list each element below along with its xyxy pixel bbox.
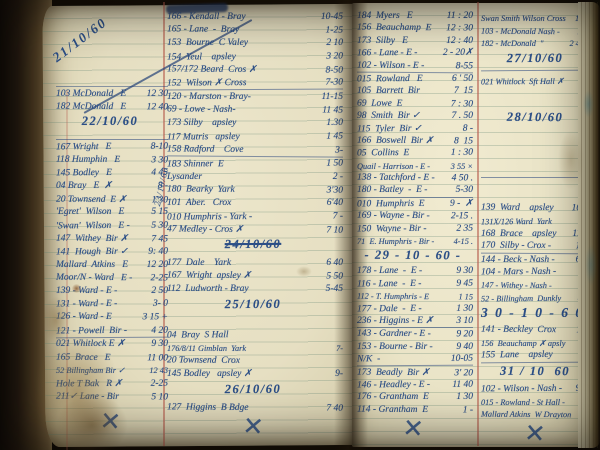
ledger-row: Swan Smith Wilson Cross 11 40 xyxy=(481,12,593,25)
ledger-row: Moor/N - Ward E - 2-25 xyxy=(56,271,168,285)
row-amount: 1 : 30 xyxy=(447,148,473,160)
row-name: 150 Wayne - Bir - xyxy=(357,223,427,235)
row-name: - 29 - 10 - 60 - xyxy=(365,248,462,263)
row-name: 015 Rowland E xyxy=(357,74,423,86)
row-name: 165 - Lane - Bray xyxy=(167,24,239,36)
row-amount: 3- 0 xyxy=(149,299,168,311)
row-amount: 7 15 xyxy=(450,86,473,98)
ledger-row: 3 0 - 1 0 - 6 0 ✗ xyxy=(481,304,593,324)
ledger-row: 178 - Lane - E - 9 30 xyxy=(357,265,473,277)
row-amount: 9: 40 xyxy=(144,246,168,258)
ledger-row: 021 Whitlock E ✗ 9 30 xyxy=(56,338,168,351)
ledger-row: 115 Tyler Bir ✓ 8 - xyxy=(357,122,473,135)
row-name: 115 Tyler Bir ✓ xyxy=(357,123,422,135)
row-amount: 10-05 xyxy=(447,354,473,366)
row-name: 168 Brace apsley xyxy=(481,229,556,241)
ledger-row: 176 - Grantham E 1 30 xyxy=(357,391,473,403)
row-name: 52 Billingham Bir ✓ xyxy=(56,365,125,377)
row-amount: 2 35 xyxy=(452,223,473,235)
row-name: 04 Bray S Hall xyxy=(167,330,229,342)
row-name: 112 Ludworth - Bray xyxy=(167,284,249,296)
ledger-row: 173 Silby E 12 : 40 xyxy=(357,35,473,47)
row-name: 180 - Batley - E - xyxy=(357,185,427,197)
row-amount: 7 40 xyxy=(322,403,343,415)
row-amount: 1 - xyxy=(459,405,473,417)
row-amount: 5 15 xyxy=(147,207,168,219)
row-name: 131X/126 Ward Yark xyxy=(481,216,552,228)
ledger-row: 145 Bodley E 4 45 xyxy=(56,166,168,180)
row-amount: 11 00 xyxy=(143,353,168,365)
row-amount: 5 50 xyxy=(322,272,343,284)
ledger-column-right-2: Swan Smith Wilson Cross 11 40 103 - McDo… xyxy=(481,12,593,445)
row-amount xyxy=(563,51,567,65)
ledger-row: 183 Shinner E 1 50 xyxy=(167,157,343,171)
ledger-row: 155 Lane apsley 8 . xyxy=(481,349,593,363)
row-amount: 6'40 xyxy=(323,198,343,210)
row-amount: 1-25 xyxy=(322,25,344,37)
row-name: 102 - Wilson - E - xyxy=(357,60,424,72)
row-amount: 7 : 30 xyxy=(447,99,473,111)
row-amount: 11-15 xyxy=(318,92,343,104)
ledger-row xyxy=(481,178,593,203)
row-amount: 8-55 xyxy=(452,61,474,73)
row-name: 156 Beauchamp ✗ apsly xyxy=(481,338,565,350)
row-name: 211✓ Lane - Bir xyxy=(56,391,119,403)
row-name: 170 Silby - Crox - xyxy=(481,241,551,253)
row-amount: 7 45 xyxy=(147,234,168,246)
row-amount: 5-45 xyxy=(322,284,343,296)
ledger-row: 157/172 Beard Cros ✗ 8-50 xyxy=(167,62,343,76)
row-amount: 11 40 xyxy=(448,379,473,391)
ledger-book-photo: 21/10/60 23/10/60 103 McDonald E 12 30 1… xyxy=(0,0,600,450)
ledger-row: 211✓ Lane - Bir 5 10 xyxy=(56,390,168,404)
row-name: 104 - Mars - Nash - xyxy=(481,267,556,279)
row-amount xyxy=(544,421,550,448)
ledger-row: 121 - Powell Bir - 4 20 xyxy=(56,323,168,338)
row-name: 141 Hough Bir ✓ xyxy=(56,246,128,258)
ledger-row xyxy=(481,87,593,109)
row-amount: 8 - xyxy=(154,181,168,193)
ledger-row: 166 Boswell Bir ✗ 8 15 xyxy=(357,135,473,148)
ledger-row: Lysander 2 - xyxy=(167,170,343,183)
row-name: 157/172 Beard Cros ✗ xyxy=(167,64,257,76)
ledger-row: 112 Ludworth - Bray 5-45 xyxy=(167,283,343,296)
row-amount: 9 30 xyxy=(147,339,168,351)
row-amount xyxy=(262,414,268,441)
ledger-row: 165 - Lane - Bray 1-25 xyxy=(167,23,343,37)
row-amount: 5-30 xyxy=(452,185,473,197)
row-name: 167 Wright apsley ✗ xyxy=(167,270,251,282)
row-name: 021 Whitlock Sft Hall ✗ xyxy=(481,76,564,88)
row-name: 118 Humphin E xyxy=(56,154,120,166)
ledger-row: 021 Whitlock Sft Hall ✗ 1-30 xyxy=(481,74,593,87)
ledger-row: 28/10/60 xyxy=(481,109,593,132)
ledger-row: 147 - Withey - Nash - 7-10 xyxy=(481,279,593,292)
ledger-row: 166 - Lane - E - 2 - 20✗ xyxy=(357,47,473,60)
ledger-row: 131 - Ward - E - 3- 0 xyxy=(56,297,168,311)
ledger-row: 173 Beadly Bir ✗ 3' 20 xyxy=(357,366,473,379)
row-amount: 9 30 xyxy=(452,266,473,278)
row-amount: 12 : 40 xyxy=(442,36,473,48)
ledger-row: 20 Townsend Crox xyxy=(167,354,343,368)
ledger-row: 147 Withey Bir ✗ 7 45 xyxy=(56,231,168,245)
ledger-row: 22/10/60 xyxy=(56,113,168,140)
ledger-row xyxy=(481,131,593,178)
ledger-row: 141 Hough Bir ✓ 9: 40 xyxy=(56,245,168,259)
ledger-row: 31 / 10 60 xyxy=(481,363,593,384)
ledger-row: 131X/126 Ward Yark 11 - xyxy=(481,215,593,228)
ledger-row: 015 - Rowland - St Hall - 11 xyxy=(481,396,593,409)
ledger-row: 116 - Lane - E - 9 45 xyxy=(357,277,473,290)
ledger-row: 167 Wright apsley ✗ 5 50 xyxy=(167,269,343,283)
row-amount: 1 30 xyxy=(452,303,473,315)
row-name: Quail - Harrison - E - xyxy=(357,161,430,173)
ledger-row: Mallard Atkins E 12 20 xyxy=(56,258,168,271)
red-margin-line xyxy=(477,2,479,446)
row-name: 147 Withey Bir ✗ xyxy=(56,233,128,245)
ledger-row: 154 Yeul apsley 3 20 xyxy=(167,49,343,63)
ledger-row: 'Swan' Wilson E - 5 30 xyxy=(56,218,168,232)
row-amount: 1 30 xyxy=(452,392,473,404)
row-name: 180 Bearky Yark xyxy=(167,185,235,197)
row-name: 24/10/60 xyxy=(225,237,282,251)
row-amount: 12 30 xyxy=(143,89,168,101)
ledger-row: 166 - Kendall - Bray 10-45 xyxy=(167,10,343,23)
row-name: 121 - Powell Bir - xyxy=(56,325,127,337)
row-name: 166 - Kendall - Bray xyxy=(167,12,246,24)
ledger-row: 010 Humphris - Yark - 7 - xyxy=(167,209,343,223)
row-amount: 7-30 xyxy=(322,77,343,89)
row-amount: 2 - 20✗ xyxy=(439,48,473,60)
ledger-row: Quail - Harrison - E - 3 55 × xyxy=(357,160,473,172)
ledger-row: 184 Myers E 11 : 20 xyxy=(357,10,473,22)
ledger-row: 150 Wayne - Bir - 2 35 xyxy=(357,222,473,235)
row-name: 27/10/60 xyxy=(507,51,564,65)
row-amount: 11 45 xyxy=(318,105,343,117)
row-name: 156 Beauchamp E xyxy=(357,23,431,35)
ledger-row: 52 Billingham Bir ✓ 12 43 xyxy=(56,364,168,377)
ledger-row: ✕ xyxy=(55,404,170,448)
row-amount: 4 45 xyxy=(147,168,168,180)
row-name: 153 Bourne C Valey xyxy=(167,38,248,50)
ledger-row: 25/10/60 xyxy=(167,295,343,322)
ledger-row: 153 Bourne C Valey 2 10 xyxy=(167,36,343,49)
ledger-row: 120 - Marston - Bray- 11-15 xyxy=(167,90,343,103)
row-amount: 1 45 xyxy=(322,131,343,143)
row-name: 176/8/11 Gimblan Yark xyxy=(167,343,246,355)
row-name: 101 Aber. Crox xyxy=(167,198,231,210)
row-name: 69 - Lowe - Nash- xyxy=(167,104,236,116)
row-amount: 2-15 . xyxy=(447,211,473,223)
row-name: 20 Townsend Crox xyxy=(167,355,240,367)
ledger-row: Hole T Bak R ✗ 2-25 xyxy=(56,377,168,391)
row-amount: 1 15 xyxy=(454,291,473,303)
row-name: 021 Whitlock E ✗ xyxy=(56,339,125,351)
ledger-row: ✕ xyxy=(480,416,594,450)
row-amount: 2-25 xyxy=(147,378,168,390)
row-name: 145 Bodley apsley ✗ xyxy=(167,369,252,381)
ledger-row: ✕ xyxy=(356,411,474,449)
row-amount: 12 40 xyxy=(143,102,168,114)
ledger-row: 144 - Beck - Nash - 6-45 xyxy=(481,254,593,267)
row-amount: 4 20 xyxy=(147,325,168,337)
ledger-column-right-1: 184 Myers E 11 : 20 156 Beauchamp E 12 :… xyxy=(357,10,473,444)
row-name: 143 - Gardner - E - xyxy=(357,329,431,341)
ledger-row: 104 - Mars - Nash - 7 0 xyxy=(481,266,593,279)
row-name: 26/10/60 xyxy=(225,381,282,395)
ledger-row: 176/8/11 Gimblan Yark 7- xyxy=(167,341,343,354)
ledger-row: 52 - Billingham Dunkly 4-15 xyxy=(481,291,593,304)
row-amount: 7 - xyxy=(329,211,343,223)
ledger-row: 71 E. Humphris - Bir - 4-15 . xyxy=(357,235,473,247)
ledger-row: 165 Brace E 11 00 xyxy=(56,350,168,364)
row-amount: 9 45 xyxy=(452,278,473,290)
ledger-row: 177 Dale Yark 6 40 xyxy=(167,256,343,269)
row-name: Moor/N - Ward E - xyxy=(56,272,132,284)
row-name: 105 Barrett Bir xyxy=(357,86,420,98)
ledger-row: 145 Bodley apsley ✗ 9- xyxy=(167,367,343,380)
row-amount xyxy=(563,111,567,125)
row-name: 04 Bray E ✗ xyxy=(56,181,112,193)
ledger-column-left-1: 103 McDonald E 12 30 182 McDonald E 12 4… xyxy=(56,86,168,443)
row-amount xyxy=(461,249,465,263)
ledger-row: 69 Lowe E 7 : 30 xyxy=(357,97,473,110)
row-amount: 12 43 xyxy=(145,365,168,377)
ledger-row: 98 Smith Bir ✓ 7 . 50 xyxy=(357,110,473,122)
ledger-row: 168 Brace apsley 11 30 xyxy=(481,228,593,241)
row-amount: 12 : 30 xyxy=(442,23,473,35)
row-amount xyxy=(120,410,126,437)
ledger-row: 139 - Ward - E - 2 50 xyxy=(56,284,168,297)
row-name: 112 - T. Humphris - E xyxy=(357,291,429,303)
ledger-row: 015 Rowland E 6 ' 50 xyxy=(357,73,473,86)
ledger-row: 167 Wright E 8-10 xyxy=(56,140,168,154)
row-amount: 9- xyxy=(331,369,343,381)
row-amount: 12 20 xyxy=(143,260,168,272)
row-amount: 4 50 . xyxy=(448,173,473,185)
ledger-row: N/K - 10-05 xyxy=(357,353,473,367)
row-name: 165 Brace E xyxy=(56,352,111,364)
row-name: N/K - xyxy=(357,354,380,366)
row-amount: 2 - xyxy=(329,172,343,184)
row-name: 183 Shinner E xyxy=(167,159,224,171)
ledger-row: 143 - Gardner - E - 9 20 xyxy=(357,328,473,341)
row-amount: 8-10 xyxy=(147,141,168,153)
row-name: 182 - McDonald " xyxy=(481,38,543,50)
row-name: 166 Boswell Bir ✗ xyxy=(357,135,433,147)
row-name: 102 - Wilson - Nash - xyxy=(481,384,562,396)
ledger-row: 177 - Dale - E - 1 30 xyxy=(357,302,473,315)
row-name: 169 - Wayne - Bir - xyxy=(357,211,430,223)
row-name: 126 - Ward - E xyxy=(56,312,112,324)
ledger-row: 20 Townsend E ✗ 1'30 xyxy=(56,192,168,206)
row-amount: 9 - ✗ xyxy=(446,198,473,210)
ledger-row: - 29 - 10 - 60 - xyxy=(357,247,473,266)
row-name: 146 - Headley - E - xyxy=(357,380,430,392)
row-name: 178 - Lane - E - xyxy=(357,266,422,278)
row-name: 05 Collins E xyxy=(357,148,409,160)
ledger-row: 126 - Ward - E 3 15 + xyxy=(56,310,168,324)
row-amount xyxy=(570,364,574,378)
row-name: 98 Smith Bir ✓ xyxy=(357,111,420,123)
ledger-row: 182 - McDonald " 2 45 ✗ xyxy=(481,37,593,50)
ledger-column-left-2: 166 - Kendall - Bray 10-45 165 - Lane - … xyxy=(167,10,343,444)
ledger-row: 153 - Bourne - Bir - 9 40 xyxy=(357,341,473,353)
row-amount: 1 50 xyxy=(322,158,343,170)
row-name: 'Egret' Wilson E xyxy=(56,207,124,219)
ledger-row: 04 Bray S Hall xyxy=(167,327,343,341)
ledger-row: 04 Bray E ✗ 8 - xyxy=(56,179,168,192)
row-name: Swan Smith Wilson Cross xyxy=(481,13,566,25)
row-name: 153 - Bourne - Bir - xyxy=(357,342,433,354)
row-amount: 11 : 20 xyxy=(443,11,473,23)
row-name: 139 Ward apsley xyxy=(481,203,554,215)
row-amount: 2 50 xyxy=(147,286,168,298)
ledger-row: 27/10/60 xyxy=(481,49,593,71)
ledger-row: 236 - Higgins - E ✗ 3 10 xyxy=(357,315,473,328)
ledger-row: 170 Silby - Crox - 1-30 xyxy=(481,240,593,254)
row-amount: 2 10 xyxy=(322,38,343,50)
row-name: Mallard Atkins E xyxy=(56,260,128,272)
row-name: 28/10/60 xyxy=(507,110,564,124)
row-amount xyxy=(281,297,285,311)
row-amount: 3 20 xyxy=(322,51,343,63)
row-name: Hole T Bak R ✗ xyxy=(56,378,122,390)
row-name: 31 / 10 60 xyxy=(500,364,570,378)
ledger-row: 103 McDonald E 12 30 xyxy=(56,86,168,100)
row-amount xyxy=(138,114,142,128)
ledger-row: 'Egret' Wilson E 5 15 xyxy=(56,206,168,219)
row-name: 20 Townsend E ✗ xyxy=(56,194,127,206)
row-amount xyxy=(281,237,285,251)
row-amount xyxy=(422,417,428,444)
ledger-row: 156 Beauchamp ✗ apsly 3 30 xyxy=(481,337,593,350)
ledger-row: 146 - Headley - E - 11 40 xyxy=(357,379,473,392)
row-amount: 1.30 xyxy=(322,118,343,130)
row-amount: 7 . 50 xyxy=(448,111,473,123)
ledger-row: 112 - T. Humphris - E 1 15 xyxy=(357,290,473,303)
row-amount: 3'30 xyxy=(323,186,343,198)
row-amount xyxy=(281,381,285,395)
row-amount: 9 40 xyxy=(452,342,473,354)
row-name: 155 Lane apsley xyxy=(481,350,553,362)
row-amount: 3 15 + xyxy=(139,312,169,324)
row-amount: 3' 20 xyxy=(450,368,473,380)
ledger-row: 138 - Tatchford - E - 4 50 . xyxy=(357,172,473,185)
row-name: 182 McDonald E xyxy=(56,101,126,113)
ledger-row: 173 Silby apsley 1.30 xyxy=(167,117,343,130)
ledger-row: 102 - Wilson - E - 8-55 xyxy=(357,59,473,73)
row-name: 138 - Tatchford - E - xyxy=(357,173,435,185)
row-amount: 3- xyxy=(331,145,343,157)
row-amount: 2-25 xyxy=(147,273,169,285)
ledger-row: 152 Wilson ✗ Cross 7-30 xyxy=(167,75,343,90)
row-name: 236 - Higgins - E ✗ xyxy=(357,316,433,328)
row-name: 015 - Rowland - St Hall - xyxy=(481,397,565,409)
row-amount: 10-45 xyxy=(317,12,343,24)
row-name: 147 - Withey - Nash - xyxy=(481,280,552,292)
page-edge-stack xyxy=(578,2,600,448)
row-amount: 5 30 xyxy=(147,220,168,232)
row-name: 173 Silby apsley xyxy=(167,118,236,130)
row-name: 176 - Grantham E xyxy=(357,392,429,404)
row-amount: 6 40 xyxy=(322,258,343,270)
row-name: 47 Medley - Cros ✗ xyxy=(167,224,243,236)
ledger-row: 69 - Lowe - Nash- 11 45 xyxy=(167,103,343,117)
row-name: 141 - Beckley Crox xyxy=(481,325,556,337)
ledger-row: 102 - Wilson - Nash - 9-10 xyxy=(481,383,593,396)
ledger-row: 105 Barrett Bir 7 15 xyxy=(357,85,473,97)
row-name: 145 Bodley E xyxy=(56,168,112,180)
ledger-row: 158 Radford Cove 3- xyxy=(167,142,343,157)
row-name: 166 - Lane - E - xyxy=(357,48,417,60)
row-name: 152 Wilson ✗ Cross xyxy=(167,78,246,90)
ledger-row: 05 Collins E 1 : 30 xyxy=(357,147,473,160)
ledger-row: 141 - Beckley Crox 1 30 xyxy=(481,324,593,337)
row-name: 22/10/60 xyxy=(82,114,138,128)
row-amount: 7- xyxy=(332,343,343,355)
row-amount: 9 20 xyxy=(452,330,473,342)
row-amount: 3 10 xyxy=(452,316,473,328)
row-amount: 8 - xyxy=(459,123,473,135)
row-name: 173 Beadly Bir ✗ xyxy=(357,367,430,379)
ledger-row: 24/10/60 xyxy=(167,236,343,257)
ledger-row: 010 Humphris E 9 - ✗ xyxy=(357,198,473,211)
row-name: 25/10/60 xyxy=(225,297,282,311)
row-name: 52 - Billingham Dunkly xyxy=(481,292,561,304)
ledger-row: 156 Beauchamp E 12 : 30 xyxy=(357,22,473,35)
row-amount: 6 ' 50 xyxy=(448,73,473,85)
row-name: 103 McDonald E xyxy=(56,89,126,101)
row-amount: 4-15 . xyxy=(450,236,473,248)
row-name: 139 - Ward - E - xyxy=(56,286,117,298)
row-name: 103 - McDonald Nash - xyxy=(481,25,560,37)
row-name: 144 - Beck - Nash - xyxy=(481,255,555,267)
row-amount: 3 55 × xyxy=(447,161,473,173)
ledger-row: 101 Aber. Crox 6'40 xyxy=(167,197,343,210)
row-name: 177 - Dale - E - xyxy=(357,303,422,315)
ledger-row: 118 Humphin E 3 30 xyxy=(56,153,168,167)
row-name: 69 Lowe E xyxy=(357,98,402,110)
ledger-row: 180 Bearky Yark 3'30 xyxy=(167,183,343,197)
ledger-row: 117 Mutris apsley 1 45 xyxy=(167,129,343,143)
ledger-row: 180 - Batley - E - 5-30 xyxy=(357,184,473,197)
ledger-row: 139 Ward apsley 10 50 xyxy=(481,202,593,215)
row-name: 'Swan' Wilson E - xyxy=(56,220,130,232)
ledger-row: 182 McDonald E 12 40 xyxy=(56,100,168,114)
ledger-row: 169 - Wayne - Bir - 2-15 . xyxy=(357,210,473,223)
row-name: 173 Silby E xyxy=(357,36,408,48)
row-name: 158 Radford Cove xyxy=(167,144,244,156)
ledger-row: 26/10/60 xyxy=(167,380,343,401)
ledger-row: 103 - McDonald Nash - 2-35 xyxy=(481,24,593,37)
row-amount: 1'30 xyxy=(148,194,168,206)
